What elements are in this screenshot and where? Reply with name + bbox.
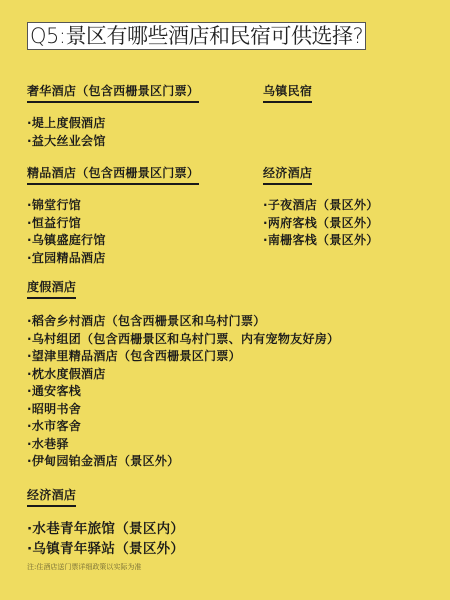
list-item: ·水市客舍: [27, 418, 339, 436]
list-item: ·宜园精品酒店: [27, 250, 199, 268]
list-item: ·子夜酒店（景区外）: [263, 197, 379, 215]
list-item: ·乌村组团（包含西栅景区和乌村门票、内有宠物友好房）: [27, 331, 339, 349]
list-item: ·乌镇青年驿站（景区外）: [27, 539, 184, 559]
list-item: ·锦堂行馆: [27, 197, 199, 215]
economy-hotel-list-bottom: ·水巷青年旅馆（景区内） ·乌镇青年驿站（景区外）: [27, 519, 184, 559]
section-luxury-hotels: 奢华酒店（包含西栅景区门票） ·堤上度假酒店 ·益大丝业会馆: [27, 80, 199, 150]
section-boutique-hotels: 精品酒店（包含西栅景区门票） ·锦堂行馆 ·恒益行馆 ·乌镇盛庭行馆 ·宜园精品…: [27, 162, 199, 267]
section-header-homestay: 乌镇民宿: [263, 83, 312, 103]
list-item: ·通安客栈: [27, 383, 339, 401]
footnote: 注:住酒店送门票详细政策以实际为准: [27, 562, 141, 572]
list-item: ·枕水度假酒店: [27, 366, 339, 384]
section-economy-hotels-bottom: 经济酒店 ·水巷青年旅馆（景区内） ·乌镇青年驿站（景区外）: [27, 484, 184, 559]
list-item: ·堤上度假酒店: [27, 115, 199, 133]
section-header-resort: 度假酒店: [27, 279, 76, 299]
luxury-hotel-list: ·堤上度假酒店 ·益大丝业会馆: [27, 115, 199, 150]
section-resort-hotels: 度假酒店 ·稻舍乡村酒店（包含西栅景区和乌村门票） ·乌村组团（包含西栅景区和乌…: [27, 276, 339, 471]
boutique-hotel-list: ·锦堂行馆 ·恒益行馆 ·乌镇盛庭行馆 ·宜园精品酒店: [27, 197, 199, 267]
list-item: ·昭明书舍: [27, 401, 339, 419]
list-item: ·伊甸园铂金酒店（景区外）: [27, 453, 339, 471]
list-item: ·南栅客栈（景区外）: [263, 232, 379, 250]
list-item: ·水巷青年旅馆（景区内）: [27, 519, 184, 539]
list-item: ·水巷驿: [27, 436, 339, 454]
page-title: Q5:景区有哪些酒店和民宿可供选择?: [27, 22, 366, 50]
section-homestay: 乌镇民宿: [263, 80, 312, 103]
list-item: ·益大丝业会馆: [27, 133, 199, 151]
section-header-economy-right: 经济酒店: [263, 165, 312, 185]
section-header-economy-bottom: 经济酒店: [27, 487, 76, 507]
economy-hotel-list-right: ·子夜酒店（景区外） ·两府客栈（景区外） ·南栅客栈（景区外）: [263, 197, 379, 250]
list-item: ·乌镇盛庭行馆: [27, 232, 199, 250]
section-economy-hotels-right: 经济酒店 ·子夜酒店（景区外） ·两府客栈（景区外） ·南栅客栈（景区外）: [263, 162, 379, 250]
section-header-boutique: 精品酒店（包含西栅景区门票）: [27, 165, 199, 185]
list-item: ·望津里精品酒店（包含西栅景区门票）: [27, 348, 339, 366]
resort-hotel-list: ·稻舍乡村酒店（包含西栅景区和乌村门票） ·乌村组团（包含西栅景区和乌村门票、内…: [27, 313, 339, 471]
list-item: ·稻舍乡村酒店（包含西栅景区和乌村门票）: [27, 313, 339, 331]
list-item: ·恒益行馆: [27, 215, 199, 233]
section-header-luxury: 奢华酒店（包含西栅景区门票）: [27, 83, 199, 103]
list-item: ·两府客栈（景区外）: [263, 215, 379, 233]
